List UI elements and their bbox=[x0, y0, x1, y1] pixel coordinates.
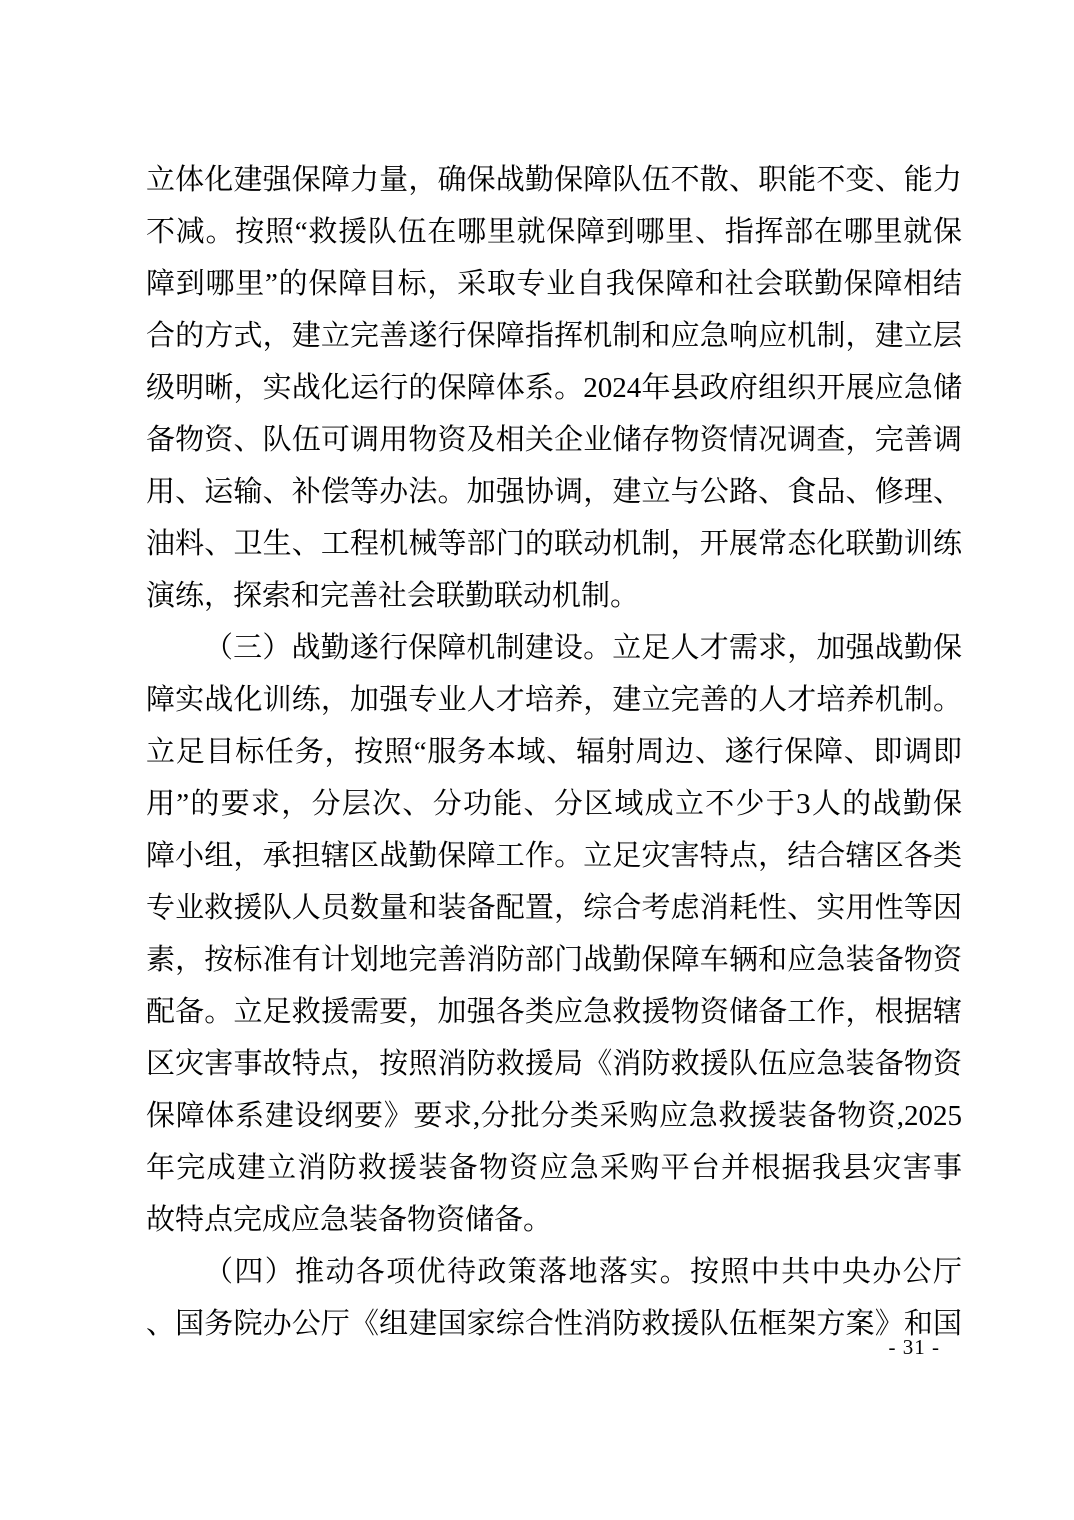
document-page: 立体化建强保障力量，确保战勤保障队伍不散、职能不变、能力 不减。按照“救援队伍在… bbox=[0, 0, 1074, 1520]
text-line: 立足目标任务，按照“服务本域、辐射周边、遂行保障、即调即 bbox=[146, 726, 962, 778]
text-line: 、国务院办公厅《组建国家综合性消防救援队伍框架方案》和国 bbox=[146, 1298, 962, 1350]
paragraph-continuation: 立体化建强保障力量，确保战勤保障队伍不散、职能不变、能力 不减。按照“救援队伍在… bbox=[146, 154, 962, 622]
document-body: 立体化建强保障力量，确保战勤保障队伍不散、职能不变、能力 不减。按照“救援队伍在… bbox=[146, 154, 962, 1350]
text-line: 保障体系建设纲要》要求,分批分类采购应急救援装备物资,2025 bbox=[146, 1090, 962, 1142]
text-line: 级明晰，实战化运行的保障体系。2024年县政府组织开展应急储 bbox=[146, 362, 962, 414]
text-line: 不减。按照“救援队伍在哪里就保障到哪里、指挥部在哪里就保 bbox=[146, 206, 962, 258]
text-line: 障小组，承担辖区战勤保障工作。立足灾害特点，结合辖区各类 bbox=[146, 830, 962, 882]
text-line: 演练，探索和完善社会联勤联动机制。 bbox=[146, 570, 962, 622]
text-line-section-heading: （三）战勤遂行保障机制建设。立足人才需求，加强战勤保 bbox=[146, 622, 962, 674]
text-line: 用、运输、补偿等办法。加强协调，建立与公路、食品、修理、 bbox=[146, 466, 962, 518]
paragraph-section-3: （三）战勤遂行保障机制建设。立足人才需求，加强战勤保 障实战化训练，加强专业人才… bbox=[146, 622, 962, 1246]
text-line: 素，按标准有计划地完善消防部门战勤保障车辆和应急装备物资 bbox=[146, 934, 962, 986]
text-line: 故特点完成应急装备物资储备。 bbox=[146, 1194, 962, 1246]
text-line: 备物资、队伍可调用物资及相关企业储存物资情况调查，完善调 bbox=[146, 414, 962, 466]
text-line: 合的方式，建立完善遂行保障指挥机制和应急响应机制，建立层 bbox=[146, 310, 962, 362]
text-line: 油料、卫生、工程机械等部门的联动机制，开展常态化联勤训练 bbox=[146, 518, 962, 570]
text-line: 用”的要求，分层次、分功能、分区域成立不少于3人的战勤保 bbox=[146, 778, 962, 830]
text-line: 区灾害事故特点，按照消防救援局《消防救援队伍应急装备物资 bbox=[146, 1038, 962, 1090]
page-number: - 31 - bbox=[889, 1335, 941, 1359]
text-line: 障到哪里”的保障目标，采取专业自我保障和社会联勤保障相结 bbox=[146, 258, 962, 310]
paragraph-section-4: （四）推动各项优待政策落地落实。按照中共中央办公厅 、国务院办公厅《组建国家综合… bbox=[146, 1246, 962, 1350]
text-line: 年完成建立消防救援装备物资应急采购平台并根据我县灾害事 bbox=[146, 1142, 962, 1194]
text-line: 障实战化训练，加强专业人才培养，建立完善的人才培养机制。 bbox=[146, 674, 962, 726]
text-line: 配备。立足救援需要，加强各类应急救援物资储备工作，根据辖 bbox=[146, 986, 962, 1038]
text-line-section-heading: （四）推动各项优待政策落地落实。按照中共中央办公厅 bbox=[146, 1246, 962, 1298]
text-line: 专业救援队人员数量和装备配置，综合考虑消耗性、实用性等因 bbox=[146, 882, 962, 934]
text-line: 立体化建强保障力量，确保战勤保障队伍不散、职能不变、能力 bbox=[146, 154, 962, 206]
